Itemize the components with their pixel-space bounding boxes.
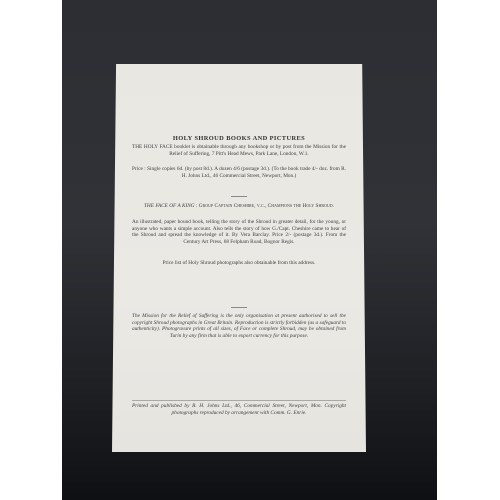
book-description: An illustrated, paper bound book, tellin… (132, 219, 346, 245)
printer-imprint: Printed and published by R. H. Johns Ltd… (132, 403, 346, 416)
book-title: THE FACE OF A KING (144, 203, 195, 209)
holy-face-paragraph: THE HOLY FACE booklet is obtainable thro… (132, 144, 346, 157)
divider (231, 196, 247, 197)
imprint-rule (132, 400, 346, 401)
face-of-a-king-title-line: THE FACE OF A KING : Group Captain Chesh… (132, 203, 346, 210)
price-list-paragraph: Price list of Holy Shroud photographs al… (132, 260, 346, 267)
mission-notice: The Mission for the Relief of Suffering … (132, 313, 346, 339)
page-heading: HOLY SHROUD BOOKS AND PICTURES (132, 135, 346, 142)
document-page: HOLY SHROUD BOOKS AND PICTURES THE HOLY … (112, 64, 366, 452)
book-subtitle: : Group Captain Cheshire, v.c., Champion… (195, 203, 334, 209)
price-paragraph: Price : Single copies 6d. (by post 8d.).… (132, 166, 346, 179)
divider (231, 307, 247, 308)
